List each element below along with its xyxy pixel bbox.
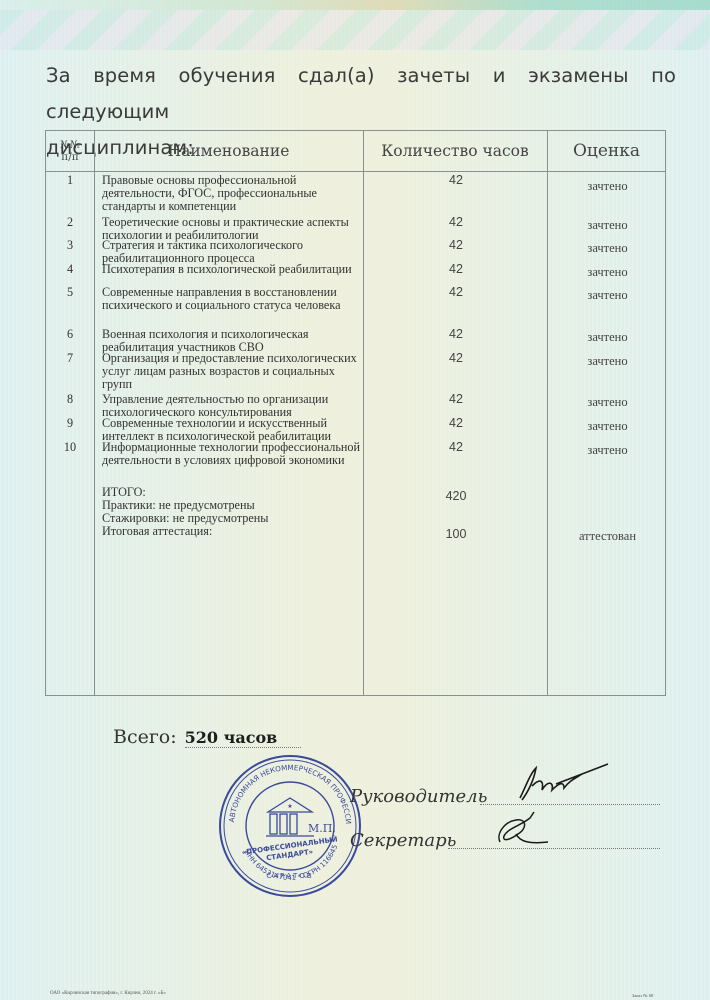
row-hours: 42 (364, 441, 548, 454)
security-top-band (0, 0, 710, 10)
row-grade: зачтено (548, 219, 667, 232)
head-signature-line (480, 804, 660, 805)
row-discipline-name: Правовые основы профессиональной деятель… (102, 174, 362, 213)
row-number: 2 (46, 216, 94, 229)
row-grade: зачтено (548, 396, 667, 409)
column-divider (94, 131, 95, 695)
row-number: 4 (46, 263, 94, 276)
row-discipline-name: Организация и предоставление психологиче… (102, 352, 362, 391)
summary-final-grade: аттестован (548, 529, 667, 544)
header-name: Наименование (94, 131, 363, 171)
row-hours: 42 (364, 352, 548, 365)
row-discipline-name: Информационные технологии профессиональн… (102, 441, 362, 467)
row-discipline-name: Психотерапия в психологической реабилита… (102, 263, 362, 276)
head-signature-icon (512, 760, 612, 804)
order-number: Заказ № 68 (632, 993, 653, 998)
row-number: 9 (46, 417, 94, 430)
row-grade: зачтено (548, 331, 667, 344)
summary-final-hours: 100 (364, 527, 548, 541)
security-pattern (0, 10, 710, 50)
header-number: №№ п/п (46, 131, 94, 171)
row-hours: 42 (364, 328, 548, 341)
row-hours: 42 (364, 216, 548, 229)
row-hours: 42 (364, 393, 548, 406)
header-divider (46, 171, 665, 172)
row-hours: 42 (364, 286, 548, 299)
stamp-mp: М.П. (308, 822, 336, 835)
row-hours: 42 (364, 417, 548, 430)
total-label: Всего: (113, 726, 177, 748)
row-discipline-name: Современные направления в восстановлении… (102, 286, 362, 312)
row-grade: зачтено (548, 444, 667, 457)
row-grade: зачтено (548, 420, 667, 433)
row-hours: 42 (364, 239, 548, 252)
row-hours: 42 (364, 174, 548, 187)
secretary-signature-label: Секретарь (350, 830, 456, 851)
header-number-line-1: №№ (60, 139, 80, 151)
row-grade: зачтено (548, 242, 667, 255)
row-grade: зачтено (548, 266, 667, 279)
disciplines-table: №№ п/п Наименование Количество часов Оце… (45, 130, 666, 696)
total-value: 520 часов (185, 728, 302, 748)
header-hours: Количество часов (363, 131, 547, 171)
header-number-line-2: п/п (61, 151, 79, 163)
row-number: 6 (46, 328, 94, 341)
summary-final-label: Итоговая аттестация: (102, 525, 212, 538)
row-number: 1 (46, 174, 94, 187)
total-hours: Всего: 520 часов (113, 726, 301, 748)
printer-imprint: ОАО «Кирзинская типография», г. Кирзин, … (50, 991, 166, 996)
row-number: 10 (46, 441, 94, 454)
svg-text:★: ★ (287, 803, 292, 810)
row-grade: зачтено (548, 180, 667, 193)
row-number: 8 (46, 393, 94, 406)
header-grade: Оценка (547, 131, 666, 171)
organization-stamp-icon: АВТОНОМНАЯ НЕКОММЕРЧЕСКАЯ ПРОФЕССИОНАЛЬН… (216, 752, 364, 900)
heading-line-1: За время обучения сдал(а) зачеты и экзам… (46, 58, 676, 130)
summary-total-hours: 420 (364, 489, 548, 503)
head-signature-label: Руководитель (350, 786, 487, 807)
row-grade: зачтено (548, 355, 667, 368)
row-number: 7 (46, 352, 94, 365)
stamp-city: САРАТОВ (266, 872, 313, 880)
row-hours: 42 (364, 263, 548, 276)
row-number: 3 (46, 239, 94, 252)
row-number: 5 (46, 286, 94, 299)
secretary-signature-icon (490, 808, 560, 850)
row-grade: зачтено (548, 289, 667, 302)
